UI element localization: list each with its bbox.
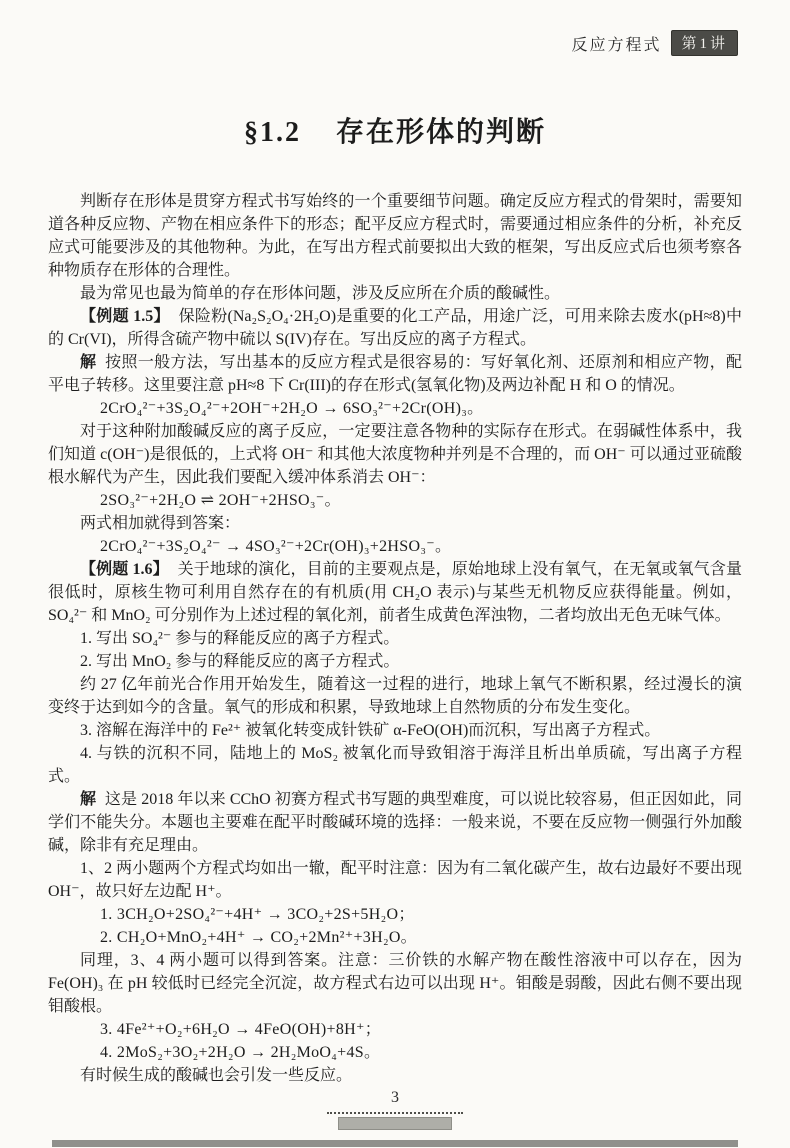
question-item-4: 4. 与铁的沉积不同，陆地上的 MoS₂ 被氧化而导致钼溶于海洋且析出单质硫，写… xyxy=(48,742,742,788)
paragraph: 对于这种附加酸碱反应的离子反应，一定要注意各物种的实际存在形式。在弱碱性体系中，… xyxy=(48,420,742,489)
paragraph: 两式相加就得到答案： xyxy=(48,512,742,535)
paragraph: 约 27 亿年前光合作用开始发生，随着这一过程的进行，地球上氧气不断积累，经过漫… xyxy=(48,673,742,719)
solution-label: 解 xyxy=(80,791,96,808)
solution-1-6-text: 这是 2018 年以来 CChO 初赛方程式书写题的典型难度，可以说比较容易，但… xyxy=(48,791,742,854)
question-item-1: 1. 写出 SO₄²⁻ 参与的释能反应的离子方程式。 xyxy=(48,627,742,650)
paragraph: 1、2 两小题两个方程式均如出一辙，配平时注意：因为有二氧化碳产生，故右边最好不… xyxy=(48,857,742,903)
paragraph: 最为常见也最为简单的存在形体问题，涉及反应所在介质的酸碱性。 xyxy=(48,282,742,305)
solution-1-5: 解按照一般方法，写出基本的反应方程式是很容易的：写好氧化剂、还原剂和相应产物，配… xyxy=(48,351,742,397)
page-header: 反应方程式 第1讲 xyxy=(571,30,738,56)
book-page: 反应方程式 第1讲 §1.2 存在形体的判断 判断存在形体是贯穿方程式书写始终的… xyxy=(0,0,790,1148)
example-1-6: 【例题 1.6】关于地球的演化，目前的主要观点是，原始地球上没有氧气，在无氧或氧… xyxy=(48,558,742,627)
paragraph: 同理，3、4 两小题可以得到答案。注意：三价铁的水解产物在酸性溶液中可以存在，因… xyxy=(48,949,742,1018)
intro-paragraph: 判断存在形体是贯穿方程式书写始终的一个重要细节问题。确定反应方程式的骨架时，需要… xyxy=(48,190,742,282)
answer-equation-3: 3. 4Fe²⁺+O₂+6H₂O → 4FeO(OH)+8H⁺； xyxy=(100,1018,742,1041)
closing-paragraph: 有时候生成的酸碱也会引发一些反应。 xyxy=(48,1064,742,1087)
page-number: 3 xyxy=(0,1088,790,1108)
question-item-3: 3. 溶解在海洋中的 Fe²⁺ 被氧化转变成针铁矿 α-FeO(OH)而沉积，写… xyxy=(48,719,742,742)
answer-equation-4: 4. 2MoS₂+3O₂+2H₂O → 2H₂MoO₄+4S。 xyxy=(100,1041,742,1064)
lesson-badge: 第1讲 xyxy=(671,30,738,56)
solution-label: 解 xyxy=(80,354,96,371)
page-title: §1.2 存在形体的判断 xyxy=(0,110,790,150)
running-head-section: 反应方程式 xyxy=(571,32,661,55)
chemical-equation: 2CrO₄²⁻+3S₂O₄²⁻+2OH⁻+2H₂O → 6SO₃²⁻+2Cr(O… xyxy=(100,397,742,420)
example-1-6-label: 【例题 1.6】 xyxy=(80,561,169,578)
page-body: 判断存在形体是贯穿方程式书写始终的一个重要细节问题。确定反应方程式的骨架时，需要… xyxy=(48,190,742,1087)
page-footer: 3 xyxy=(0,1088,790,1130)
chemical-equation: 2CrO₄²⁻+3S₂O₄²⁻ → 4SO₃²⁻+2Cr(OH)₃+2HSO₃⁻… xyxy=(100,535,742,558)
section-title-text: 存在形体的判断 xyxy=(336,117,546,148)
scan-artifact-block xyxy=(338,1117,452,1130)
answer-equation-1: 1. 3CH₂O+2SO₄²⁻+4H⁺ → 3CO₂+2S+5H₂O； xyxy=(100,903,742,926)
scan-edge-band xyxy=(52,1140,738,1147)
answer-equation-2: 2. CH₂O+MnO₂+4H⁺ → CO₂+2Mn²⁺+3H₂O。 xyxy=(100,926,742,949)
example-1-5: 【例题 1.5】保险粉(Na₂S₂O₄·2H₂O)是重要的化工产品，用途广泛，可… xyxy=(48,305,742,351)
chemical-equation: 2SO₃²⁻+2H₂O ⇌ 2OH⁻+2HSO₃⁻。 xyxy=(100,489,742,512)
solution-1-6: 解这是 2018 年以来 CChO 初赛方程式书写题的典型难度，可以说比较容易，… xyxy=(48,788,742,857)
dotted-divider xyxy=(327,1112,463,1114)
example-1-5-label: 【例题 1.5】 xyxy=(80,308,170,325)
solution-1-5-text: 按照一般方法，写出基本的反应方程式是很容易的：写好氧化剂、还原剂和相应产物，配平… xyxy=(48,354,742,394)
section-number: §1.2 xyxy=(244,117,301,148)
question-item-2: 2. 写出 MnO₂ 参与的释能反应的离子方程式。 xyxy=(48,650,742,673)
